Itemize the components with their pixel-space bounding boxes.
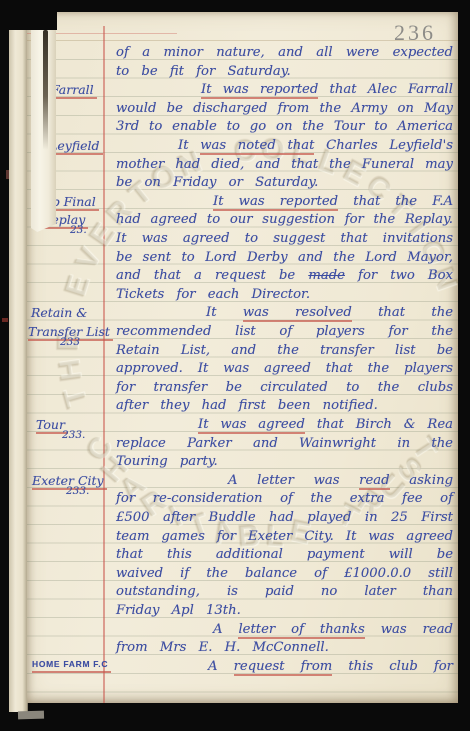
handwriting: be sent to Lord Derby and the Lord Mayor…: [116, 250, 453, 265]
page-number: 236: [394, 20, 436, 46]
handwriting: from Mrs E. H. McConnell.: [116, 640, 329, 655]
handwriting: for transfer be circulated to the clubs: [116, 380, 453, 395]
red-underlined-text: letter of thanks: [238, 622, 364, 639]
margin-note: HOME FARM F.C: [32, 659, 111, 673]
red-underlined-text: was noted that: [200, 138, 314, 155]
edge-red-mark: [2, 318, 8, 322]
body-line: It was resolved that the: [116, 305, 453, 324]
handwriting: A: [208, 659, 234, 674]
handwriting: and that a request be: [116, 268, 308, 283]
handwriting: that the F.A: [338, 194, 453, 209]
margin-note: 23.: [70, 224, 87, 236]
struck-text: made: [308, 268, 345, 283]
body-line: 3rd to enable to go on the Tour to Ameri…: [116, 119, 453, 138]
body-line: Touring party.: [116, 454, 453, 473]
tab-seam: [43, 30, 48, 150]
body-line: £500 after Buddle had played in 25 First: [116, 510, 453, 529]
body-line: A letter of thanks was read: [116, 622, 453, 641]
body-line: for re-consideration of the extra fee of: [116, 491, 453, 510]
handwriting: this club for: [332, 659, 453, 674]
handwriting: Charles Leyfield's: [314, 138, 453, 153]
handwriting: replace Parker and Wainwright in the: [116, 436, 453, 451]
body-line: team games for Exeter City. It was agree…: [116, 529, 453, 548]
handwriting: of a minor nature, and all were expected: [116, 45, 453, 60]
bottom-page-sliver: [18, 711, 44, 720]
margin-note: 233.: [66, 485, 89, 497]
handwriting: recommended list of players for the: [116, 324, 453, 339]
handwriting: It was agreed to suggest that invitation…: [116, 231, 453, 246]
handwriting: Touring party.: [116, 454, 218, 469]
handwriting: after they had first been notified.: [116, 398, 378, 413]
handwriting: had agreed to our suggestion for the Rep…: [116, 212, 453, 227]
red-underlined-text: read: [359, 473, 389, 490]
spine-shadow: [0, 0, 57, 30]
margin-note: 233.: [62, 429, 85, 441]
handwriting: that Birch & Rea: [305, 417, 453, 432]
body-line: after they had first been notified.: [116, 398, 453, 417]
body-line: Retain List, and the transfer list be: [116, 343, 453, 362]
body-line: It was agreed to suggest that invitation…: [116, 231, 453, 250]
body-line: be sent to Lord Derby and the Lord Mayor…: [116, 250, 453, 269]
page-edge-tab: [31, 30, 56, 232]
handwriting: team games for Exeter City. It was agree…: [116, 529, 453, 544]
red-underlined-text: was resolved: [243, 305, 352, 322]
body-line: It was reported that Alec Farrall: [116, 82, 453, 101]
handwriting: that this additional payment will be: [116, 547, 453, 562]
body-line: Tickets for each Director.: [116, 287, 453, 306]
body-line: for transfer be circulated to the clubs: [116, 380, 453, 399]
body-line: be on Friday or Saturday.: [116, 175, 453, 194]
edge-red-mark: [6, 170, 9, 179]
handwriting: A letter was: [228, 473, 359, 488]
body-line: had agreed to our suggestion for the Rep…: [116, 212, 453, 231]
body-line: replace Parker and Wainwright in the: [116, 436, 453, 455]
margin-note: 233: [60, 336, 80, 348]
handwriting: Tickets for each Director.: [116, 287, 310, 302]
body-line: recommended list of players for the: [116, 324, 453, 343]
red-underlined-text: It was agreed: [198, 417, 305, 434]
body-line: waived if the balance of £1000.0.0 still: [116, 566, 453, 585]
handwriting: outstanding, is paid no later than: [116, 584, 453, 599]
red-margin-rule: [103, 26, 105, 703]
book-page-edges: [9, 30, 28, 712]
body-line: that this additional payment will be: [116, 547, 453, 566]
watermark-letter: H: [52, 357, 89, 383]
body-line: mother had died, and that the Funeral ma…: [116, 157, 453, 176]
handwriting: It: [178, 138, 200, 153]
body-line: would be discharged from the Army on May: [116, 101, 453, 120]
body-line: outstanding, is paid no later than: [116, 584, 453, 603]
handwriting: waived if the balance of £1000.0.0 still: [116, 566, 453, 581]
handwriting: A: [213, 622, 238, 637]
handwriting: be on Friday or Saturday.: [116, 175, 318, 190]
handwriting: approved. It was agreed that the players: [116, 361, 453, 376]
red-underlined-text: It was reported: [201, 82, 318, 99]
handwriting: for re-consideration of the extra fee of: [116, 491, 453, 506]
body-line: and that a request be made for two Box: [116, 268, 453, 287]
body-line: It was agreed that Birch & Rea: [116, 417, 453, 436]
handwriting: that Alec Farrall: [318, 82, 453, 97]
body-line: A letter was read asking: [116, 473, 453, 492]
photo-frame: THEEVERTONCOLLECTIONCHARITABLETRUST 236 …: [0, 0, 470, 731]
body-line: of a minor nature, and all were expected: [116, 45, 453, 64]
body-line: It was reported that the F.A: [116, 194, 453, 213]
body-line: Friday Apl 13th.: [116, 603, 453, 622]
handwriting: asking: [390, 473, 453, 488]
body-line: to be fit for Saturday.: [116, 64, 453, 83]
handwriting: would be discharged from the Army on May: [116, 101, 453, 116]
handwriting: Retain List, and the transfer list be: [116, 343, 453, 358]
red-underlined-text: request from: [234, 659, 333, 676]
handwriting: 3rd to enable to go on the Tour to Ameri…: [116, 119, 453, 134]
handwriting: mother had died, and that the Funeral ma…: [116, 157, 453, 172]
minute-book-page: THEEVERTONCOLLECTIONCHARITABLETRUST 236 …: [27, 12, 458, 703]
body-line: A request from this club for: [116, 659, 453, 678]
body-line: It was noted that Charles Leyfield's: [116, 138, 453, 157]
handwriting: It: [206, 305, 243, 320]
body-line: approved. It was agreed that the players: [116, 361, 453, 380]
red-underlined-text: It was reported: [213, 194, 338, 211]
margin-note: Retain &: [31, 305, 87, 320]
handwriting: was read: [365, 622, 453, 637]
handwriting: to be fit for Saturday.: [116, 64, 291, 79]
handwriting: for two Box: [345, 268, 453, 283]
handwriting: Friday Apl 13th.: [116, 603, 241, 618]
handwriting: £500 after Buddle had played in 25 First: [116, 510, 453, 525]
handwriting: that the: [352, 305, 453, 320]
body-line: from Mrs E. H. McConnell.: [116, 640, 453, 659]
